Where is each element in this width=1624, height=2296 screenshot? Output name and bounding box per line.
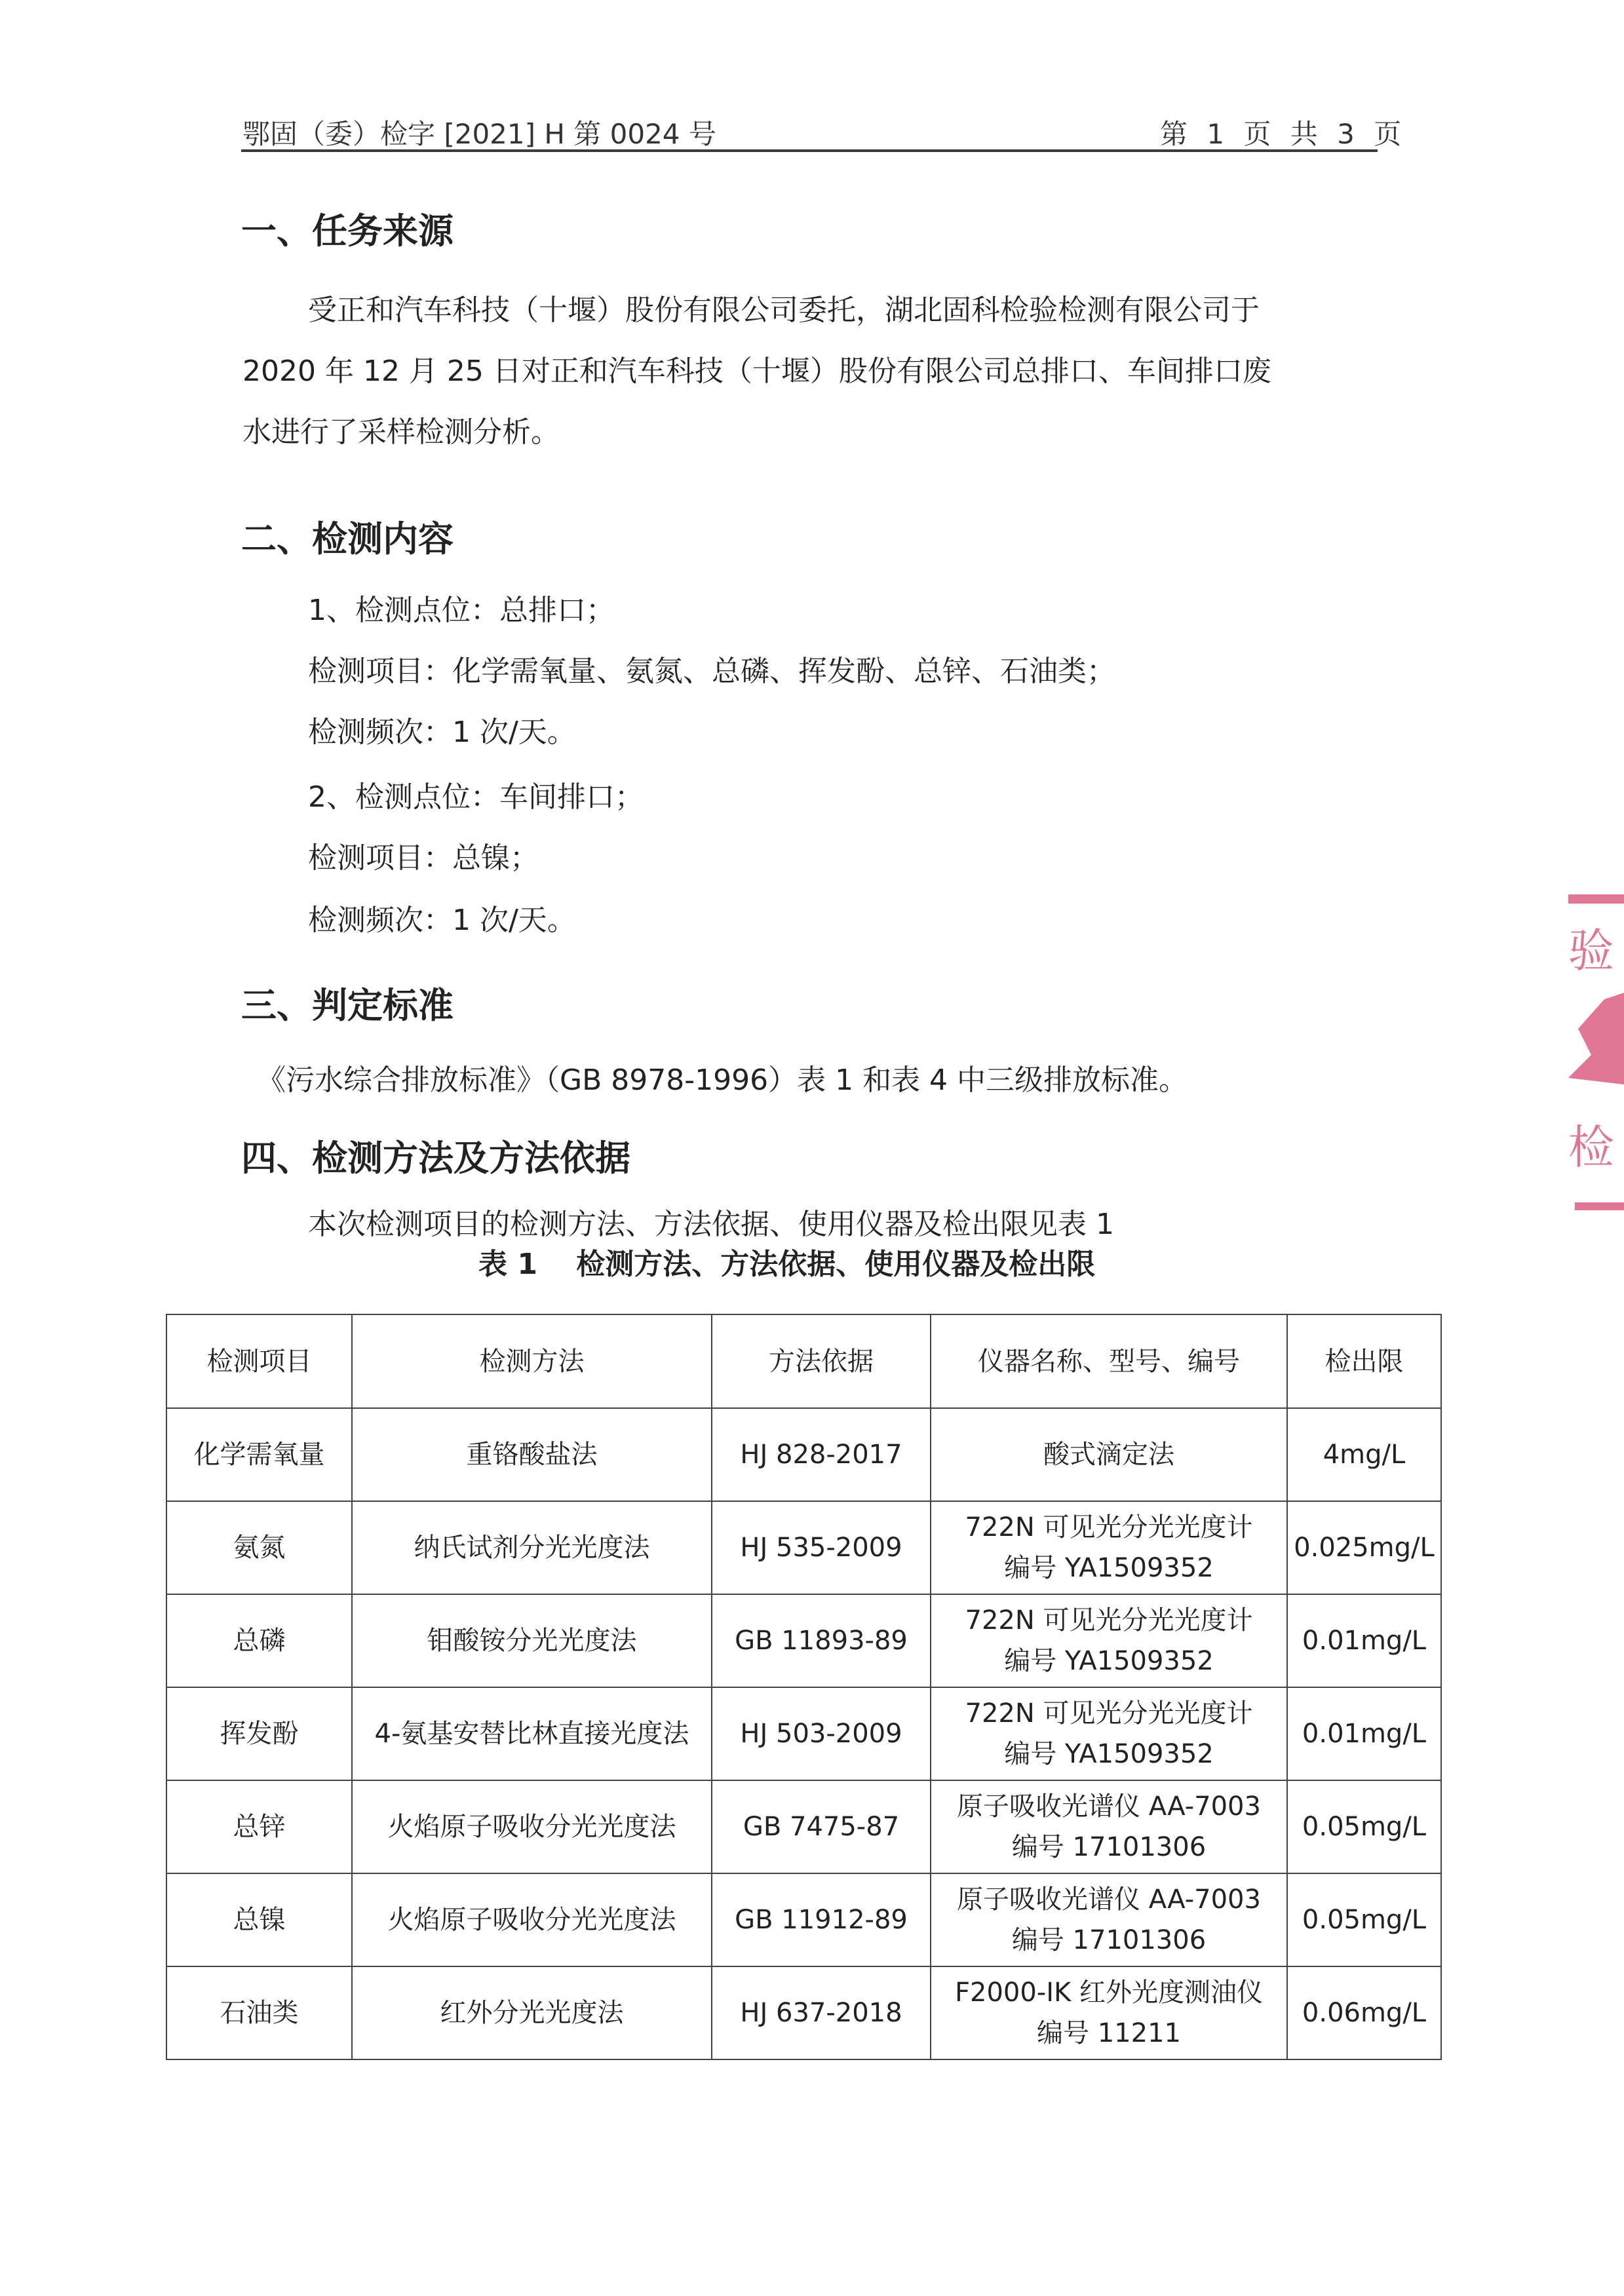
cell-method: 钼酸铵分光光度法: [352, 1594, 712, 1687]
cell-method: 重铬酸盐法: [352, 1408, 712, 1501]
cell-item: 总锌: [166, 1780, 352, 1873]
cell-instrument: 722N 可见光分光光度计编号 YA1509352: [931, 1687, 1287, 1780]
table-row: 总镍 火焰原子吸收分光光度法 GB 11912-89 原子吸收光谱仪 AA-70…: [166, 1873, 1441, 1966]
cell-limit: 0.05mg/L: [1287, 1780, 1441, 1873]
cell-method: 纳氏试剂分光光度法: [352, 1501, 712, 1594]
section-2-line: 检测频次：1 次/天。: [308, 708, 576, 750]
document-number: 鄂固（委）检字 [2021] H 第 0024 号: [242, 113, 716, 152]
cell-instrument: 原子吸收光谱仪 AA-7003编号 17101306: [931, 1780, 1287, 1873]
cell-limit: 0.06mg/L: [1287, 1966, 1441, 2059]
cell-item: 氨氮: [166, 1501, 352, 1594]
cell-basis: HJ 503-2009: [712, 1687, 931, 1780]
cell-instrument: 原子吸收光谱仪 AA-7003编号 17101306: [931, 1873, 1287, 1966]
section-4-title: 四、检测方法及方法依据: [241, 1130, 630, 1181]
section-3-title: 三、判定标准: [241, 978, 454, 1028]
instrument-name: 原子吸收光谱仪 AA-7003: [935, 1879, 1283, 1920]
section-2-line: 1、检测点位：总排口；: [308, 586, 615, 628]
cell-instrument: 722N 可见光分光光度计编号 YA1509352: [931, 1594, 1287, 1687]
table-row: 挥发酚 4-氨基安替比林直接光度法 HJ 503-2009 722N 可见光分光…: [166, 1687, 1441, 1780]
cell-basis: GB 11912-89: [712, 1873, 931, 1966]
cell-basis: HJ 535-2009: [712, 1501, 931, 1594]
cell-item: 总镍: [166, 1873, 352, 1966]
col-header-limit: 检出限: [1287, 1314, 1441, 1408]
cell-limit: 0.05mg/L: [1287, 1873, 1441, 1966]
seal-char: 验: [1568, 924, 1614, 978]
cell-instrument: 722N 可见光分光光度计编号 YA1509352: [931, 1501, 1287, 1594]
table-row: 总磷 钼酸铵分光光度法 GB 11893-89 722N 可见光分光光度计编号 …: [166, 1594, 1441, 1687]
cell-method: 红外分光光度法: [352, 1966, 712, 2059]
cell-item: 总磷: [166, 1594, 352, 1687]
cell-limit: 0.01mg/L: [1287, 1594, 1441, 1687]
section-4-intro: 本次检测项目的检测方法、方法依据、使用仪器及检出限见表 1: [308, 1200, 1114, 1242]
instrument-name: 酸式滴定法: [935, 1434, 1283, 1475]
instrument-serial: 编号 YA1509352: [935, 1641, 1283, 1681]
cell-basis: GB 7475-87: [712, 1780, 931, 1873]
cell-basis: HJ 637-2018: [712, 1966, 931, 2059]
table-caption: 表 1 检测方法、方法依据、使用仪器及检出限: [478, 1240, 1095, 1282]
section-3-standard: 《污水综合排放标准》（GB 8978-1996）表 1 和表 4 中三级排放标准…: [257, 1056, 1188, 1098]
cell-method: 火焰原子吸收分光光度法: [352, 1780, 712, 1873]
cell-limit: 0.01mg/L: [1287, 1687, 1441, 1780]
instrument-serial: 编号 YA1509352: [935, 1734, 1283, 1774]
col-header-basis: 方法依据: [712, 1314, 931, 1408]
section-2-line: 检测项目：总镍；: [308, 834, 539, 876]
official-seal-stamp: 验 检: [1565, 881, 1624, 1222]
instrument-serial: 编号 11211: [935, 2013, 1283, 2054]
instrument-name: F2000-IK 红外光度测油仪: [935, 1972, 1283, 2013]
instrument-serial: 编号 YA1509352: [935, 1548, 1283, 1588]
instrument-name: 原子吸收光谱仪 AA-7003: [935, 1786, 1283, 1827]
table-row: 化学需氧量 重铬酸盐法 HJ 828-2017 酸式滴定法 4mg/L: [166, 1408, 1441, 1501]
cell-instrument: 酸式滴定法: [931, 1408, 1287, 1501]
table-row: 石油类 红外分光光度法 HJ 637-2018 F2000-IK 红外光度测油仪…: [166, 1966, 1441, 2059]
section-1-para-line-3: 水进行了采样检测分析。: [242, 408, 560, 450]
section-2-title: 二、检测内容: [241, 511, 454, 562]
methods-table: 检测项目 检测方法 方法依据 仪器名称、型号、编号 检出限 化学需氧量 重铬酸盐…: [166, 1314, 1442, 2060]
col-header-instrument: 仪器名称、型号、编号: [931, 1314, 1287, 1408]
table-header-row: 检测项目 检测方法 方法依据 仪器名称、型号、编号 检出限: [166, 1314, 1441, 1408]
section-1-title: 一、任务来源: [241, 203, 454, 254]
cell-item: 石油类: [166, 1966, 352, 2059]
col-header-item: 检测项目: [166, 1314, 352, 1408]
table-row: 氨氮 纳氏试剂分光光度法 HJ 535-2009 722N 可见光分光光度计编号…: [166, 1501, 1441, 1594]
cell-basis: GB 11893-89: [712, 1594, 931, 1687]
instrument-name: 722N 可见光分光光度计: [935, 1600, 1283, 1641]
seal-char: 检: [1568, 1120, 1614, 1174]
instrument-name: 722N 可见光分光光度计: [935, 1693, 1283, 1734]
instrument-serial: 编号 17101306: [935, 1827, 1283, 1867]
col-header-method: 检测方法: [352, 1314, 712, 1408]
cell-item: 化学需氧量: [166, 1408, 352, 1501]
section-2-line: 2、检测点位：车间排口；: [308, 773, 644, 815]
cell-method: 火焰原子吸收分光光度法: [352, 1873, 712, 1966]
section-1-para-line-2: 2020 年 12 月 25 日对正和汽车科技（十堰）股份有限公司总排口、车间排…: [242, 347, 1271, 389]
cell-limit: 4mg/L: [1287, 1408, 1441, 1501]
cell-basis: HJ 828-2017: [712, 1408, 931, 1501]
section-1-para-line-1: 受正和汽车科技（十堰）股份有限公司委托，湖北固科检验检测有限公司于: [308, 286, 1260, 328]
section-2-line: 检测频次：1 次/天。: [308, 896, 576, 938]
cell-item: 挥发酚: [166, 1687, 352, 1780]
instrument-serial: 编号 17101306: [935, 1920, 1283, 1961]
header-rule: [241, 149, 1378, 152]
instrument-name: 722N 可见光分光光度计: [935, 1507, 1283, 1548]
cell-method: 4-氨基安替比林直接光度法: [352, 1687, 712, 1780]
section-2-line: 检测项目：化学需氧量、氨氮、总磷、挥发酚、总锌、石油类；: [308, 647, 1115, 689]
table-row: 总锌 火焰原子吸收分光光度法 GB 7475-87 原子吸收光谱仪 AA-700…: [166, 1780, 1441, 1873]
cell-limit: 0.025mg/L: [1287, 1501, 1441, 1594]
page-info: 第 1 页 共 3 页: [1160, 113, 1406, 152]
cell-instrument: F2000-IK 红外光度测油仪编号 11211: [931, 1966, 1287, 2059]
